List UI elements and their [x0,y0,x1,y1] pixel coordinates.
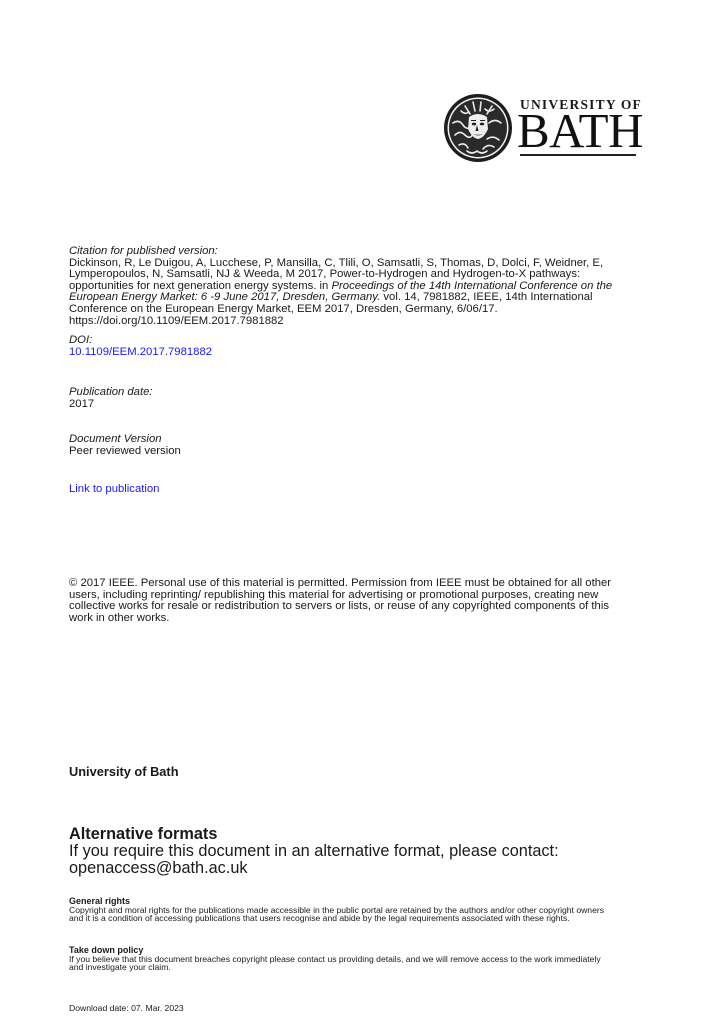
citation-text-segment: Conference on the European Energy Market… [69,303,498,315]
publication-date-value: 2017 [69,399,153,411]
document-version-label: Document Version [69,434,181,446]
document-version-block: Document Version Peer reviewed version [69,434,181,457]
publication-date-label: Publication date: [69,387,153,399]
citation-block: Citation for published version: Dickinso… [69,246,612,327]
publication-date-block: Publication date: 2017 [69,387,153,410]
citation-text-segment: Dickinson, R, Le Duigou, A, Lucchese, P,… [69,257,603,269]
wordmark-main: BATH [517,106,643,155]
contact-email: openaccess@bath.ac.uk [69,860,559,877]
wordmark-underline [520,154,636,156]
alternative-formats-text: If you require this document in an alter… [69,843,559,860]
general-rights-line: and it is a condition of accessing publi… [69,914,604,923]
alternative-formats-heading: Alternative formats [69,826,559,843]
take-down-policy-block: Take down policy If you believe that thi… [69,946,601,972]
copyright-line: © 2017 IEEE. Personal use of this materi… [69,578,611,590]
document-version-value: Peer reviewed version [69,446,181,458]
citation-line: https://doi.org/10.1109/EEM.2017.7981882 [69,316,612,328]
institution-name: University of Bath [69,764,179,779]
copyright-line: work in other works. [69,613,611,625]
link-to-publication-block: Link to publication [69,484,159,496]
citation-text-segment: vol. 14, 7981882, IEEE, 14th Internation… [380,291,592,303]
take-down-policy-line: and investigate your claim. [69,963,601,972]
citation-text-segment: Lymperopoulos, N, Samsatli, NJ & Weeda, … [69,268,580,280]
university-logo: UNIVERSITY OF BATH [443,92,637,164]
doi-link[interactable]: 10.1109/EEM.2017.7981882 [69,346,212,358]
doi-block: DOI: 10.1109/EEM.2017.7981882 [69,335,212,358]
link-to-publication[interactable]: Link to publication [69,483,159,495]
citation-text-segment: opportunities for next generation energy… [69,280,331,292]
general-rights-block: General rights Copyright and moral right… [69,897,604,923]
university-seal-icon [443,93,513,163]
citation-source-text: European Energy Market: 6 -9 June 2017, … [69,291,380,303]
citation-text: Dickinson, R, Le Duigou, A, Lucchese, P,… [69,258,612,328]
citation-source-text: Proceedings of the 14th International Co… [331,280,612,292]
copyright-notice: © 2017 IEEE. Personal use of this materi… [69,578,611,624]
download-date: Download date: 07. Mar. 2023 [69,1003,184,1013]
citation-text-segment: https://doi.org/10.1109/EEM.2017.7981882 [69,315,284,327]
alternative-formats-block: Alternative formats If you require this … [69,826,559,877]
